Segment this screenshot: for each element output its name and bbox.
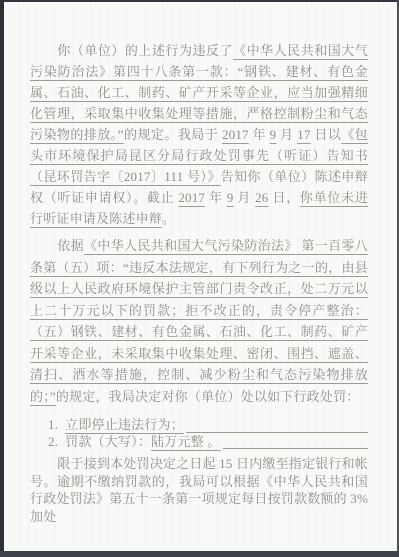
plain-text: 罚款（大写）： xyxy=(65,434,151,449)
scanned-document-page: 你（单位）的上述行为违反了《中华人民共和国大气污染防治法》第四十八条第一款：“钢… xyxy=(0,0,399,557)
blank-underline xyxy=(186,416,368,433)
plain-text: 年 xyxy=(205,190,227,205)
plain-text: 月 xyxy=(276,127,297,142)
plain-text: 。 xyxy=(162,211,175,226)
item-number: 1. xyxy=(48,417,58,434)
plain-text: 依据 xyxy=(57,238,84,253)
scan-edge-bottom xyxy=(0,551,399,557)
underlined-text: 2017 xyxy=(222,127,249,142)
penalty-items: 1.立即停止违法行为；2.罚款（大写）：陆万元整 。 xyxy=(48,417,368,450)
underlined-text: 《中华人民共和国大气污染防治法》 第一百零八条第（五）项：“违反本法规定，有下列… xyxy=(30,238,368,404)
penalty-item: 1.立即停止违法行为； xyxy=(48,417,368,434)
plain-text: 年 xyxy=(249,127,270,142)
plain-text: 的规定，我局决定对你（单位）处以如下行政处罚： xyxy=(56,389,360,404)
underlined-text: 陆万元整 。 xyxy=(151,434,220,449)
item-text: 罚款（大写）：陆万元整 。 xyxy=(65,434,220,451)
plain-text: 的规定。我局于 xyxy=(124,127,222,142)
blank-underline xyxy=(223,433,368,450)
document-body: 你（单位）的上述行为违反了《中华人民共和国大气污染防治法》第四十八条第一款：“钢… xyxy=(30,40,368,525)
plain-text: 日， xyxy=(269,190,300,205)
scan-edge-left xyxy=(0,0,4,557)
penalty-item: 2.罚款（大写）：陆万元整 。 xyxy=(48,434,368,451)
underlined-text: 2017 xyxy=(178,190,205,205)
underlined-text: 立即停止违法行为； xyxy=(65,417,184,432)
item-text: 立即停止违法行为； xyxy=(65,417,184,434)
plain-text: 月 xyxy=(233,190,255,205)
paragraph-violation: 你（单位）的上述行为违反了《中华人民共和国大气污染防治法》第四十八条第一款：“钢… xyxy=(30,40,368,229)
plain-text: 日以 xyxy=(311,127,342,142)
scan-edge-top xyxy=(0,0,399,2)
paragraph-penalty-basis: 依据《中华人民共和国大气污染防治法》 第一百零八条第（五）项：“违反本法规定，有… xyxy=(30,235,368,407)
underlined-text: 26 xyxy=(255,190,268,205)
plain-text: 限于接到本处罚决定之日起 15 日内缴至指定银行和帐号。逾期不缴纳罚款的，我局可… xyxy=(30,456,368,524)
plain-text: 你（单位）的上述行为违反了 xyxy=(57,43,233,58)
underlined-text: 17 xyxy=(297,127,310,142)
paragraph-payment-terms: 限于接到本处罚决定之日起 15 日内缴至指定银行和帐号。逾期不缴纳罚款的，我局可… xyxy=(30,455,368,525)
item-number: 2. xyxy=(48,434,58,451)
